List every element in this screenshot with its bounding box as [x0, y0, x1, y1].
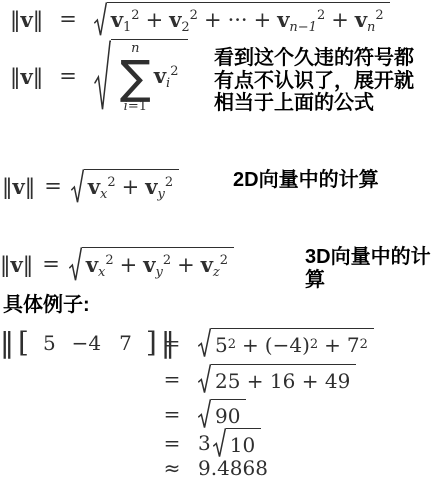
example-row-5: ≈ 9.4868 [0, 456, 268, 478]
example-row-4: = 3 10 [0, 428, 261, 458]
norm-bar: ‖ [33, 65, 44, 89]
square-root: v12 + v22 + ··· + vn−12 + vn2 [94, 2, 390, 37]
square-root: 90 [198, 399, 246, 429]
sigma-symbol: ∑ [120, 59, 151, 96]
norm-v: ‖v‖ [10, 64, 43, 89]
result-value: 9.4868 [198, 456, 268, 478]
radicand: 10 [226, 428, 261, 458]
radical-icon [69, 247, 82, 282]
sum-annotation-line1: 看到这个久违的符号都 [214, 47, 414, 70]
norm-bar: ‖ [0, 253, 11, 277]
left-bracket: [ [18, 329, 29, 357]
plus-operator: + [146, 7, 164, 34]
equals-sign: = [158, 331, 186, 355]
radical-icon [213, 428, 226, 458]
equals-sign: = [44, 174, 62, 198]
step-1-expression: 52 + (−4)2 + 72 [198, 328, 374, 358]
radicand: vx2 + vy2 [84, 169, 179, 204]
step-4-expression: 3 10 [198, 428, 261, 458]
formula-3d-norm: ‖v‖ = vx2 + vy2 + vz2 [0, 237, 234, 291]
vector-norm-lhs: ‖ [ 5 −4 7 ] ‖ [0, 329, 158, 357]
vector-symbol: v [13, 174, 25, 199]
step-2-expression: 25 + 16 + 49 [198, 364, 356, 394]
term-v1: v12 [111, 6, 140, 37]
norm-bar: ‖ [33, 8, 44, 32]
coefficient: 3 [198, 431, 211, 455]
term-v2: v22 [169, 6, 198, 37]
radical-icon [198, 399, 211, 429]
annotation-3d: 3D向量中的计算 [305, 246, 445, 291]
sum-annotation-line2: 有点不认识了，展开就 [214, 70, 414, 93]
radicand: v12 + v22 + ··· + vn−12 + vn2 [107, 2, 390, 37]
equals-sign: = [158, 402, 186, 426]
term-vn: vn2 [355, 6, 384, 37]
example-heading: 具体例子: [3, 294, 90, 317]
approx-sign: ≈ [158, 456, 186, 478]
plus-operator: + [204, 7, 222, 34]
square-root: 25 + 16 + 49 [198, 364, 356, 394]
term-vi: vi2 [154, 62, 179, 93]
equals-sign: = [59, 64, 77, 88]
term-vy: vy2 [143, 251, 171, 282]
norm-bar: ‖ [23, 253, 34, 277]
square-root: 52 + (−4)2 + 72 [198, 328, 374, 358]
norm-bar: ‖ [0, 329, 14, 357]
summation: n ∑ i=1 [117, 42, 154, 113]
square-root: vx2 + vy2 [71, 169, 179, 204]
norm-v: ‖v‖ [10, 7, 43, 32]
radical-icon [94, 2, 107, 37]
radicand: 52 + (−4)2 + 72 [211, 328, 374, 358]
term-vx: vx2 [86, 251, 114, 282]
plus-operator: + [120, 252, 138, 279]
formula-sum-norm: ‖v‖ = n ∑ i=1 vi2 [10, 34, 188, 118]
radical-icon [198, 364, 211, 394]
right-bracket: ] [146, 329, 157, 357]
sum-lower-limit: i=1 [124, 100, 147, 113]
vector-symbol: v [21, 64, 33, 89]
example-row-3: = 90 [0, 399, 246, 429]
radicand: 25 + 16 + 49 [211, 364, 356, 394]
sum-annotation: 看到这个久违的符号都 有点不认识了，展开就 相当于上面的公式 [214, 47, 414, 115]
example-row-1: ‖ [ 5 −4 7 ] ‖ = 52 + (−4)2 + 72 [0, 328, 374, 358]
radicand: 90 [211, 399, 246, 429]
sum-annotation-line3: 相当于上面的公式 [214, 92, 414, 115]
radical-icon [71, 169, 84, 204]
equals-sign: = [158, 431, 186, 455]
annotation-2d: 2D向量中的计算 [233, 169, 379, 192]
radical-icon [94, 39, 111, 113]
cdots: ··· [228, 7, 248, 34]
math-notes-page: ‖v‖ = v12 + v22 + ··· + vn−12 + vn2 ‖v‖ … [0, 0, 445, 478]
equals-sign: = [158, 367, 186, 391]
formula-2d-norm: ‖v‖ = vx2 + vy2 [2, 160, 179, 212]
norm-bar: ‖ [25, 175, 36, 199]
vector-component-3: 7 [119, 331, 132, 355]
term-vy: vy2 [145, 173, 173, 204]
term-vx: vx2 [88, 173, 116, 204]
plus-operator: + [242, 332, 259, 358]
norm-v: ‖v‖ [0, 252, 33, 277]
norm-bar: ‖ [10, 8, 21, 32]
step-3-expression: 90 [198, 399, 246, 429]
norm-bar: ‖ [2, 175, 13, 199]
plus-operator: + [254, 7, 272, 34]
term-vn1: vn−12 [277, 6, 325, 37]
plus-operator: + [177, 252, 195, 279]
plus-operator: + [324, 332, 341, 358]
radicand: n ∑ i=1 vi2 [111, 39, 189, 113]
equals-sign: = [42, 252, 60, 276]
radicand: vx2 + vy2 + vz2 [82, 247, 234, 282]
plus-operator: + [331, 7, 349, 34]
plus-operator: + [122, 174, 140, 201]
norm-bar: ‖ [10, 65, 21, 89]
formula-expanded-norm: ‖v‖ = v12 + v22 + ··· + vn−12 + vn2 [10, 2, 390, 36]
radical-icon [198, 328, 211, 358]
vector-component-1: 5 [43, 331, 56, 355]
square-root: 10 [213, 428, 261, 458]
term-vz: vz2 [201, 251, 228, 282]
square-root: vx2 + vy2 + vz2 [69, 247, 234, 282]
vector-symbol: v [21, 7, 33, 32]
norm-v: ‖v‖ [2, 174, 35, 199]
vector-component-2: −4 [72, 331, 101, 355]
vector-symbol: v [11, 252, 23, 277]
square-root: n ∑ i=1 vi2 [94, 39, 189, 113]
example-row-2: = 25 + 16 + 49 [0, 364, 356, 394]
equals-sign: = [59, 7, 77, 31]
